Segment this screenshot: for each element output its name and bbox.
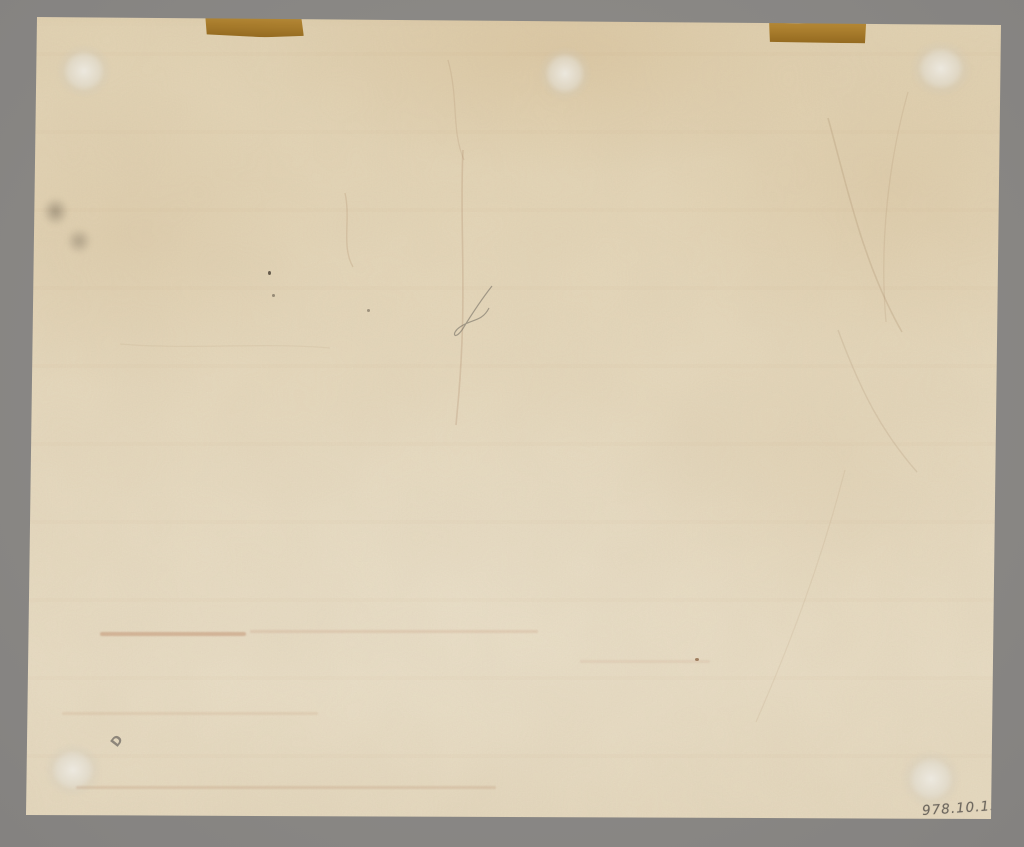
paper-edge-shading [0, 0, 1024, 847]
pencil-dot [999, 816, 1002, 819]
verso-sheet: D 978.10.157 [0, 0, 1024, 847]
photo-backdrop: D 978.10.157 [0, 0, 1024, 847]
